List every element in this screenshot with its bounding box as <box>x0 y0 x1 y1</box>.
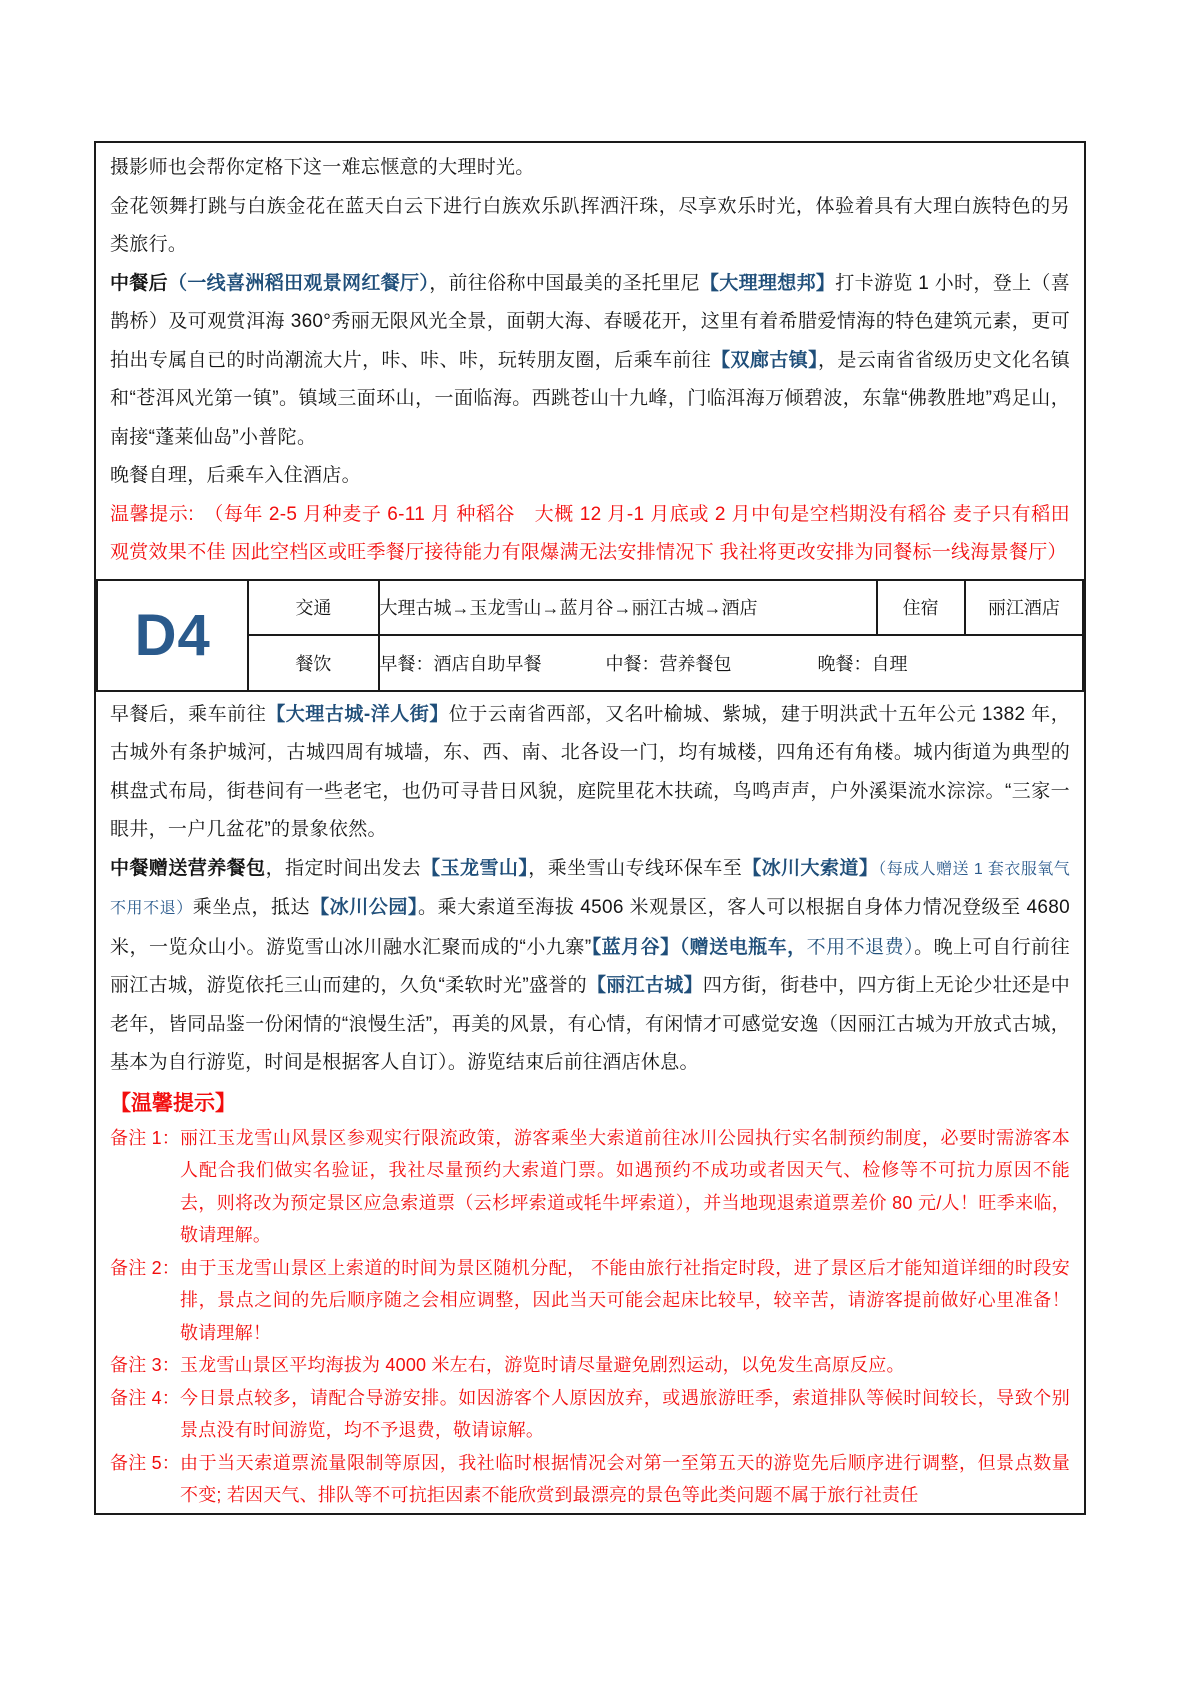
meals-label: 餐饮 <box>295 654 331 674</box>
note-item-2: 备注 2：由于玉龙雪山景区上索道的时间为景区随机分配， 不能由旅行社指定时段，进… <box>96 1252 1084 1350</box>
warm-tip-text: 温馨提示: （每年 2-5 月种麦子 6-11 月 种稻谷 大概 12 月-1 … <box>110 504 1070 564</box>
intro-paragraph-1: 摄影师也会帮你定格下这一难忘惬意的大理时光。 <box>96 149 1084 188</box>
arrival-text: 乘坐点，抵达 <box>193 897 310 918</box>
lodging-value-cell: 丽江酒店 <box>965 580 1083 635</box>
note-label: 备注 3： <box>110 1349 180 1382</box>
note-item-4: 备注 4：今日景点较多，请配合导游安排。如因游客个人原因放弃，或遇旅游旺季，索道… <box>96 1382 1084 1447</box>
note-label: 备注 4： <box>110 1382 180 1447</box>
note-item-1: 备注 1：丽江玉龙雪山风景区参观实行限流政策，游客乘坐大索道前往冰川公园执行实名… <box>96 1122 1084 1252</box>
lodging-label: 住宿 <box>903 598 939 618</box>
transport-label: 交通 <box>295 598 331 618</box>
restaurant-highlight: （一线喜洲稻田观景网红餐厅） <box>168 273 429 294</box>
lunch-pack-label: 中餐赠送营养餐包 <box>110 858 266 879</box>
lodging-label-cell: 住宿 <box>877 580 965 635</box>
note-text: 玉龙雪山景区平均海拔为 4000 米左右，游览时请尽量避免剧烈运动，以免发生高原… <box>180 1349 1070 1382</box>
shuanglang-highlight: 【双廊古镇】 <box>711 350 818 371</box>
breakfast-value: 早餐：酒店自助早餐 <box>380 654 542 674</box>
day-number-cell: D4 <box>97 580 248 691</box>
after-lunch-label: 中餐后 <box>110 273 168 294</box>
warm-tip-paragraph: 温馨提示: （每年 2-5 月种麦子 6-11 月 种稻谷 大概 12 月-1 … <box>96 496 1084 573</box>
day4-summary-table: D4 交通 大理古城→玉龙雪山→蓝月谷→丽江古城→酒店 住宿 丽江酒店 餐饮 早… <box>96 579 1084 692</box>
glacier-cableway-highlight: 【冰川大索道】 <box>742 858 878 879</box>
note-text: 由于当天索道票流量限制等原因，我社临时根据情况会对第一至第五天的游览先后顺序进行… <box>180 1447 1070 1512</box>
meals-label-cell: 餐饮 <box>248 635 378 691</box>
notice-title: 【温馨提示】 <box>96 1085 1084 1122</box>
battery-car-note: 不用不退费） <box>807 937 915 958</box>
blue-moon-valley-highlight: 【蓝月谷】 <box>591 937 679 958</box>
jade-dragon-highlight: 【玉龙雪山】 <box>421 858 528 879</box>
dinner-value: 晚餐：自理 <box>818 654 908 674</box>
dali-oldtown-highlight: 【大理古城-洋人街】 <box>266 704 449 725</box>
depart-text: ，指定时间出发去 <box>266 858 422 879</box>
itinerary-document: 摄影师也会帮你定格下这一难忘惬意的大理时光。 金花领舞打跳与白族金花在蓝天白云下… <box>94 141 1086 1515</box>
eco-bus-text: ，乘坐雪山专线环保车至 <box>528 858 742 879</box>
note-text: 由于玉龙雪山景区上索道的时间为景区随机分配， 不能由旅行社指定时段，进了景区后才… <box>180 1252 1070 1350</box>
note-label: 备注 5： <box>110 1447 180 1512</box>
dali-ideal-land-highlight: 【大理理想邦】 <box>700 273 835 294</box>
intro-text-1: 摄影师也会帮你定格下这一难忘惬意的大理时光。 <box>110 157 535 178</box>
dinner-note-paragraph: 晚餐自理，后乘车入住酒店。 <box>96 457 1084 496</box>
day4-afternoon-paragraph: 中餐赠送营养餐包，指定时间出发去【玉龙雪山】，乘坐雪山专线环保车至【冰川大索道】… <box>96 850 1084 1083</box>
breakfast-depart-text: 早餐后，乘车前往 <box>110 704 266 725</box>
note-label: 备注 1： <box>110 1122 180 1252</box>
dinner-note-text: 晚餐自理，后乘车入住酒店。 <box>110 465 361 486</box>
lunch-value: 中餐：营养餐包 <box>606 654 732 674</box>
table-row: D4 交通 大理古城→玉龙雪山→蓝月谷→丽江古城→酒店 住宿 丽江酒店 <box>97 580 1083 635</box>
transport-label-cell: 交通 <box>248 580 378 635</box>
intro-text-2: 金花领舞打跳与白族金花在蓝天白云下进行白族欢乐趴挥洒汗珠，尽享欢乐时光，体验着具… <box>110 196 1070 256</box>
santorini-intro: ，前往俗称中国最美的圣托里尼 <box>429 273 700 294</box>
day-number: D4 <box>135 603 211 668</box>
transport-route: 大理古城→玉龙雪山→蓝月谷→丽江古城→酒店 <box>380 598 758 618</box>
day4-morning-paragraph: 早餐后，乘车前往【大理古城-洋人街】位于云南省西部，又名叶榆城、紫城，建于明洪武… <box>96 696 1084 850</box>
meals-value-cell: 早餐：酒店自助早餐中餐：营养餐包晚餐：自理 <box>379 635 1083 691</box>
transport-route-cell: 大理古城→玉龙雪山→蓝月谷→丽江古城→酒店 <box>379 580 877 635</box>
battery-car-note-bold: （赠送电瓶车， <box>680 937 807 958</box>
note-text: 丽江玉龙雪山风景区参观实行限流政策，游客乘坐大索道前往冰川公园执行实名制预约制度… <box>180 1122 1070 1252</box>
intro-paragraph-2: 金花领舞打跳与白族金花在蓝天白云下进行白族欢乐趴挥洒汗珠，尽享欢乐时光，体验着具… <box>96 188 1084 265</box>
glacier-park-highlight: 【冰川公园】 <box>310 897 418 918</box>
lunch-afternoon-paragraph: 中餐后（一线喜洲稻田观景网红餐厅），前往俗称中国最美的圣托里尼【大理理想邦】打卡… <box>96 265 1084 458</box>
note-item-3: 备注 3：玉龙雪山景区平均海拔为 4000 米左右，游览时请尽量避免剧烈运动，以… <box>96 1349 1084 1382</box>
lijiang-oldtown-highlight: 【丽江古城】 <box>587 975 703 996</box>
note-text: 今日景点较多，请配合导游安排。如因游客个人原因放弃，或遇旅游旺季，索道排队等候时… <box>180 1382 1070 1447</box>
lodging-value: 丽江酒店 <box>988 598 1060 618</box>
note-item-5: 备注 5： 由于当天索道票流量限制等原因，我社临时根据情况会对第一至第五天的游览… <box>96 1447 1084 1512</box>
note-label: 备注 2： <box>110 1252 180 1350</box>
